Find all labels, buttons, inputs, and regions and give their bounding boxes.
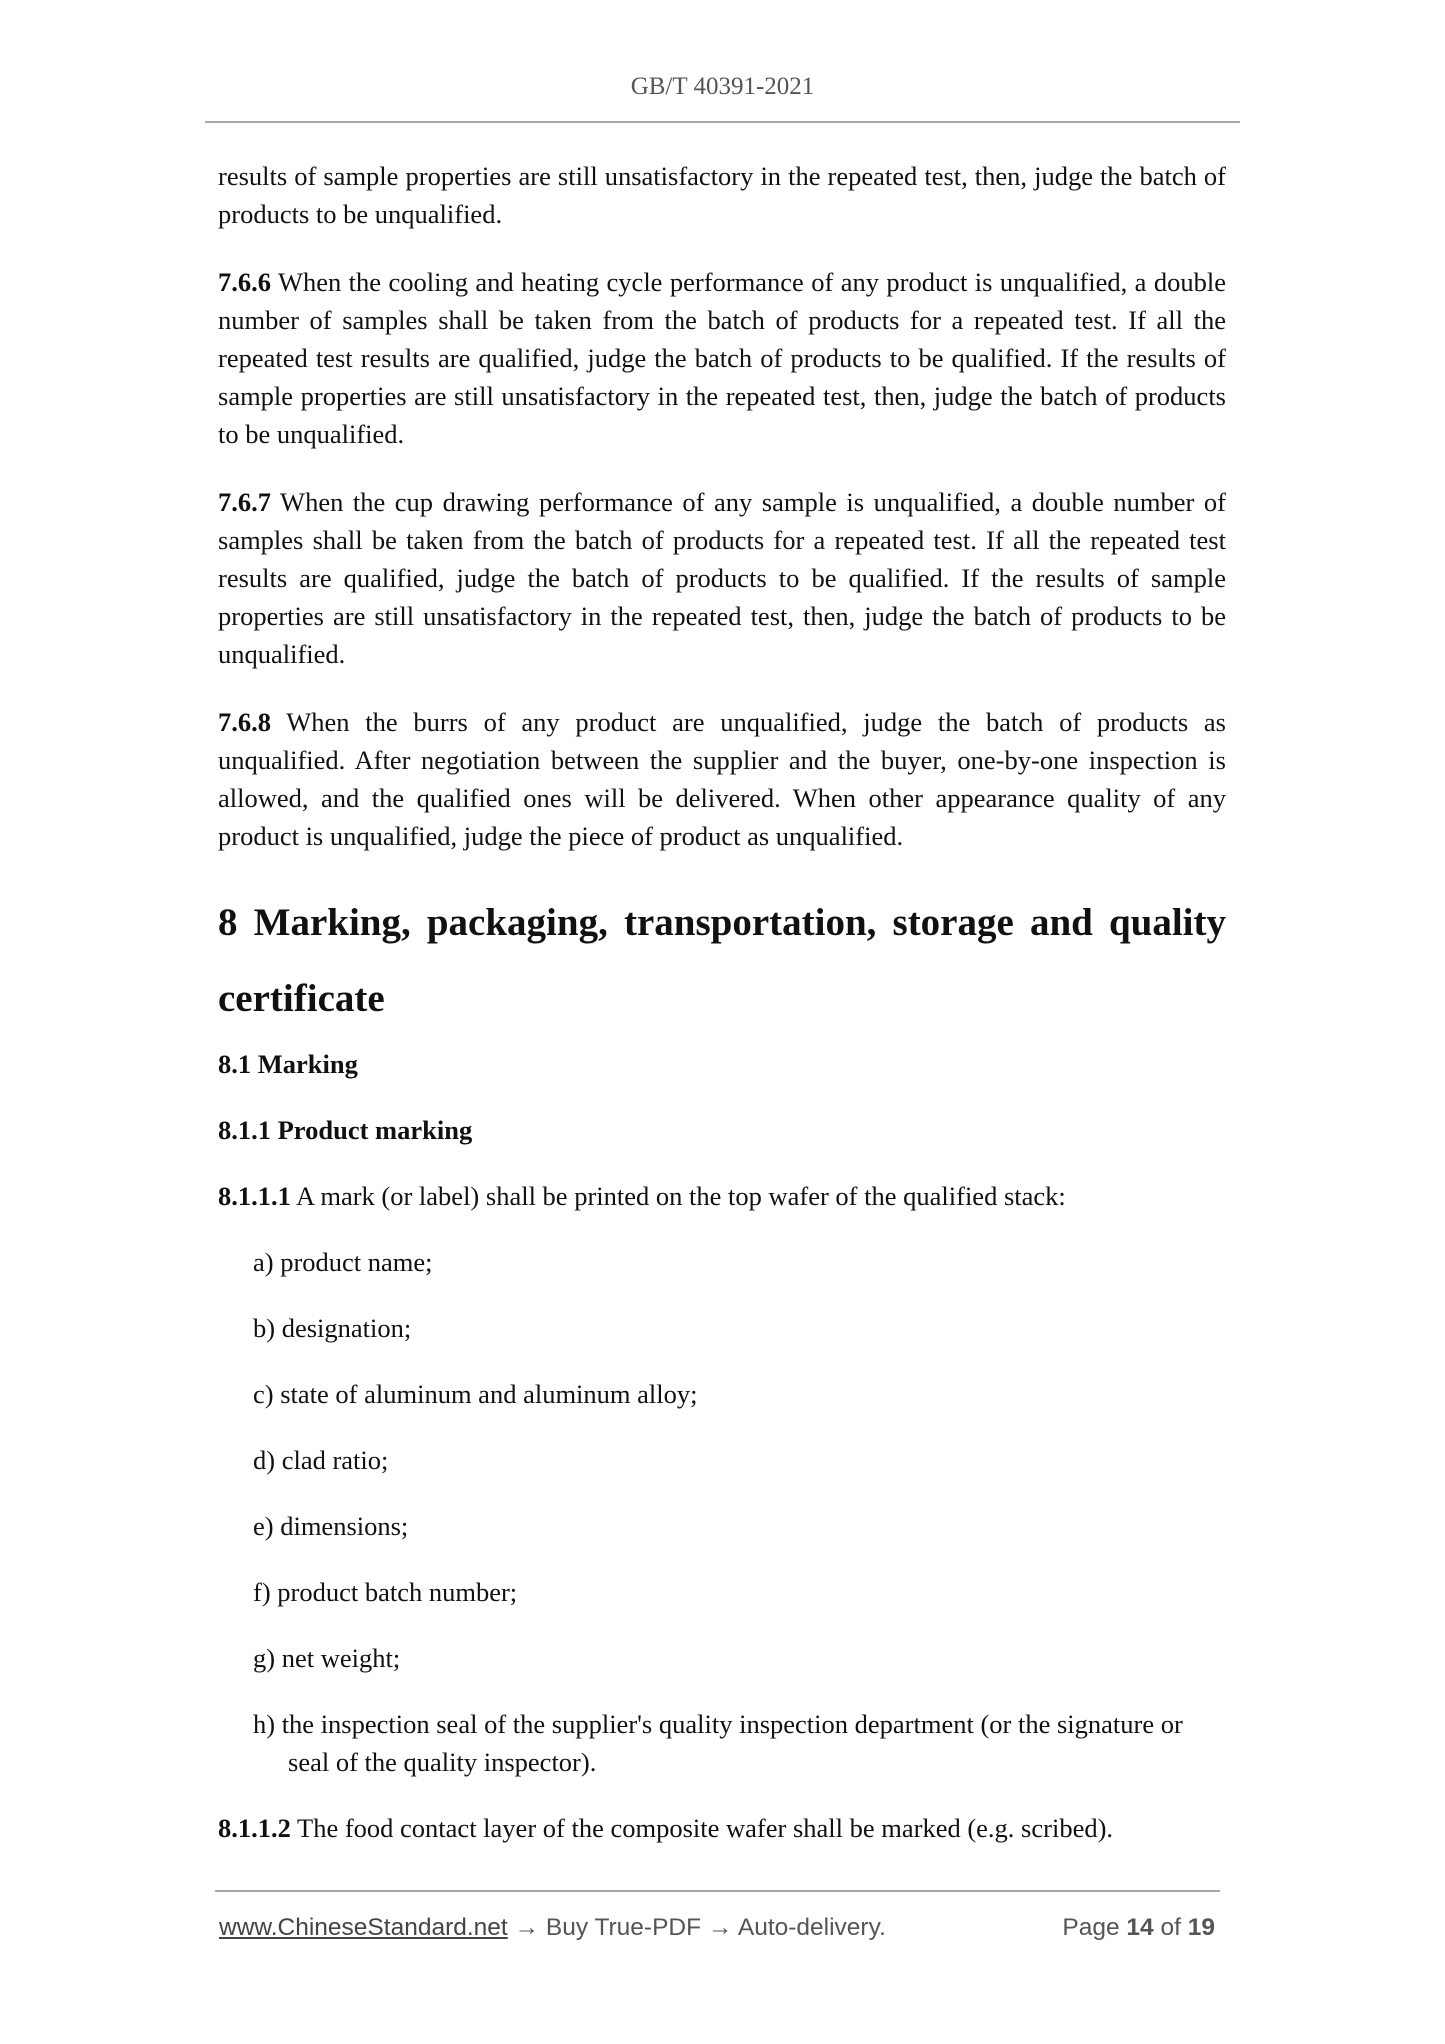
paragraph-text: results of sample properties are still u… <box>218 161 1226 229</box>
clause-number: 7.6.7 <box>218 487 271 517</box>
list-item: h) the inspection seal of the supplier's… <box>218 1705 1226 1781</box>
paragraph-continuation: results of sample properties are still u… <box>218 157 1226 233</box>
clause-7-6-8: 7.6.8 When the burrs of any product are … <box>218 703 1226 855</box>
of-label: of <box>1160 1914 1180 1941</box>
clause-number: 7.6.8 <box>218 707 271 737</box>
footer-promo: www.ChineseStandard.net → Buy True-PDF →… <box>219 1912 886 1944</box>
arrow-right-icon: → <box>708 1914 733 1941</box>
list-item: a) product name; <box>218 1243 1226 1281</box>
subsection-heading-8-1-1: 8.1.1 Product marking <box>218 1111 1226 1149</box>
list-item: d) clad ratio; <box>218 1441 1226 1479</box>
list-item: g) net weight; <box>218 1639 1226 1677</box>
clause-8-1-1-1: 8.1.1.1 A mark (or label) shall be print… <box>218 1177 1226 1215</box>
document-page: GB/T 40391-2021 results of sample proper… <box>0 0 1445 2044</box>
header-divider <box>205 121 1240 123</box>
page-label: Page <box>1062 1914 1119 1941</box>
clause-number: 8.1.1.1 <box>218 1181 291 1211</box>
clause-text: When the cooling and heating cycle perfo… <box>218 267 1226 449</box>
buy-text: Buy True-PDF <box>546 1914 701 1941</box>
page-footer: www.ChineseStandard.net → Buy True-PDF →… <box>219 1912 1219 1944</box>
section-heading-8: 8 Marking, packaging, transportation, st… <box>218 885 1226 1037</box>
delivery-text: Auto-delivery. <box>738 1914 886 1941</box>
clause-text: When the burrs of any product are unqual… <box>218 707 1226 851</box>
arrow-right-icon: → <box>515 1914 540 1941</box>
document-body: results of sample properties are still u… <box>218 157 1226 1877</box>
subsection-heading-8-1: 8.1 Marking <box>218 1045 1226 1083</box>
page-number: Page 14 of 19 <box>1062 1912 1215 1944</box>
site-link[interactable]: www.ChineseStandard.net <box>219 1914 508 1941</box>
list-item: c) state of aluminum and aluminum alloy; <box>218 1375 1226 1413</box>
clause-text: The food contact layer of the composite … <box>291 1813 1113 1843</box>
clause-7-6-6: 7.6.6 When the cooling and heating cycle… <box>218 263 1226 453</box>
clause-number: 7.6.6 <box>218 267 271 297</box>
marking-list: a) product name; b) designation; c) stat… <box>218 1243 1226 1781</box>
clause-text: When the cup drawing performance of any … <box>218 487 1226 669</box>
list-item: f) product batch number; <box>218 1573 1226 1611</box>
list-item: e) dimensions; <box>218 1507 1226 1545</box>
running-header: GB/T 40391-2021 <box>0 72 1445 102</box>
list-item: b) designation; <box>218 1309 1226 1347</box>
clause-number: 8.1.1.2 <box>218 1813 291 1843</box>
page-total: 19 <box>1188 1914 1215 1941</box>
page-current: 14 <box>1126 1914 1153 1941</box>
clause-8-1-1-2: 8.1.1.2 The food contact layer of the co… <box>218 1809 1226 1847</box>
clause-7-6-7: 7.6.7 When the cup drawing performance o… <box>218 483 1226 673</box>
clause-text: A mark (or label) shall be printed on th… <box>291 1181 1066 1211</box>
footer-divider <box>215 1890 1220 1892</box>
